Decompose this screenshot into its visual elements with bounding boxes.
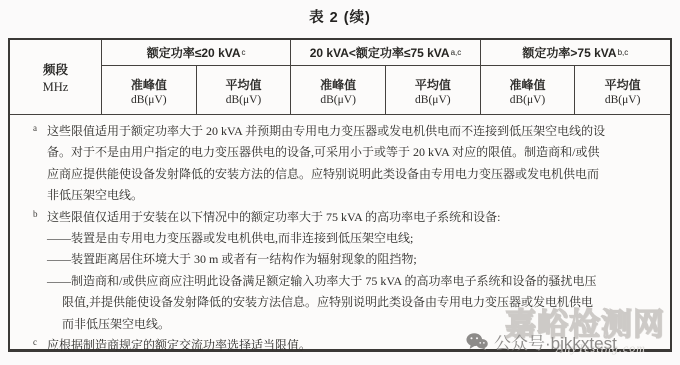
subheader-average-3: 平均值 dB(μV) <box>575 66 670 114</box>
footnote-line: ——制造商和/或供应商应注明此设备满足额定输入功率大于 75 kVA 的高功率电… <box>47 271 664 292</box>
group-header-power-gt-75kva: 额定功率>75 kVAb,c <box>481 40 670 66</box>
wechat-icon <box>466 332 488 351</box>
footnote-marker-c: c <box>33 338 37 347</box>
footnote-line: 应商应提供能使设备发射降低的安装方法的信息。应特别说明此类设备由专用电力变压器或… <box>47 164 664 185</box>
footnotes-section: a 这些限值适用于额定功率大于 20 kVA 并预期由专用电力变压器或发电机供电… <box>10 115 670 356</box>
group-header-power-20-75kva: 20 kVA<额定功率≤75 kVAa,c <box>291 40 480 66</box>
footnote-line: 这些限值仅适用于安装在以下情况中的额定功率大于 75 kVA 的高功率电子系统和… <box>47 207 664 228</box>
watermark-account-text: 公众号·bjkkxtest <box>494 329 617 354</box>
frequency-label: 频段 <box>43 60 68 78</box>
footnote-line: 限值,并提供能使设备发射降低的安装方法信息。应特别说明此类设备由专用电力变压器或… <box>47 292 664 313</box>
subheader-average-1: 平均值 dB(μV) <box>197 66 292 114</box>
standard-table: 频段 MHz 额定功率≤20 kVAc 20 kVA<额定功率≤75 kVAa,… <box>8 38 672 352</box>
group-label: 额定功率>75 kVA <box>522 44 616 61</box>
table-title: 表 2 (续) <box>0 6 680 27</box>
watermark-account: 公众号·bjkkxtest <box>466 329 617 354</box>
subheader-quasi-peak-1: 准峰值 dB(μV) <box>102 66 197 114</box>
header-cell-frequency: 频段 MHz <box>10 40 102 114</box>
frequency-unit: MHz <box>43 80 69 95</box>
table-header: 频段 MHz 额定功率≤20 kVAc 20 kVA<额定功率≤75 kVAa,… <box>10 40 670 115</box>
footnote-b: b 这些限值仅适用于安装在以下情况中的额定功率大于 75 kVA 的高功率电子系… <box>47 207 664 335</box>
footnote-line: ——装置是由专用电力变压器或发电机供电,而非连接到低压架空电线; <box>47 228 664 249</box>
footnote-line: 这些限值适用于额定功率大于 20 kVA 并预期由专用电力变压器或发电机供电而不… <box>47 121 664 142</box>
footnote-line: 备。对于不是由用户指定的电力变压器供电的设备,可采用小于或等于 20 kVA 对… <box>47 142 664 163</box>
footnote-line: 非低压架空电线。 <box>47 185 664 206</box>
subheader-average-2: 平均值 dB(μV) <box>386 66 481 114</box>
footnote-line: ——装置距离居住环境大于 30 m 或者有一结构作为辐射现象的阻挡物; <box>47 249 664 270</box>
subheader-quasi-peak-2: 准峰值 dB(μV) <box>291 66 386 114</box>
group-label: 20 kVA<额定功率≤75 kVA <box>310 44 450 61</box>
footnote-marker-a: a <box>33 124 37 133</box>
group-header-power-le-20kva: 额定功率≤20 kVAc <box>102 40 291 66</box>
footnote-marker-b: b <box>33 210 38 219</box>
footnote-a: a 这些限值适用于额定功率大于 20 kVA 并预期由专用电力变压器或发电机供电… <box>47 121 664 207</box>
group-label: 额定功率≤20 kVA <box>147 44 241 61</box>
subheader-quasi-peak-3: 准峰值 dB(μV) <box>481 66 576 114</box>
